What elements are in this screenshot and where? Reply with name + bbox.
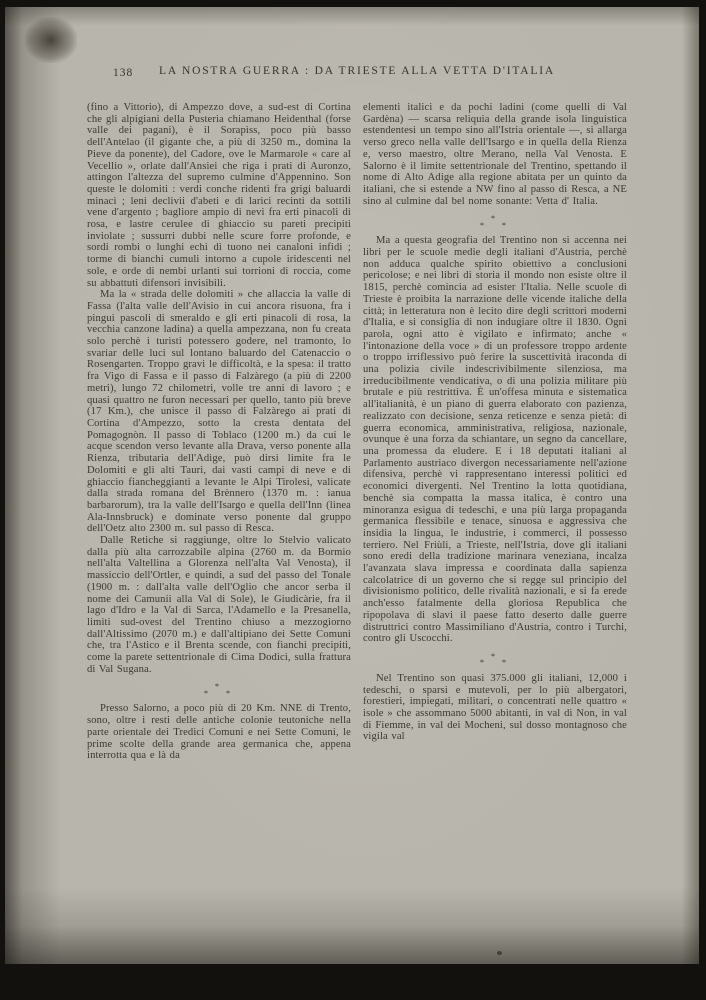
paragraph: Ma la « strada delle dolomiti » che alla… xyxy=(87,289,351,535)
running-header: 138 LA NOSTRA GUERRA : DA TRIESTE ALLA V… xyxy=(87,65,627,83)
asterism-divider: ** * xyxy=(363,207,627,235)
right-column: elementi italici e da pochi ladini (come… xyxy=(363,102,627,762)
left-column: (fino a Vittorio), di Ampezzo dove, a su… xyxy=(87,102,351,762)
page-content: 138 LA NOSTRA GUERRA : DA TRIESTE ALLA V… xyxy=(87,65,627,762)
paper-sheet: 138 LA NOSTRA GUERRA : DA TRIESTE ALLA V… xyxy=(5,7,699,964)
asterism-divider: ** * xyxy=(87,675,351,703)
asterism-divider: ** * xyxy=(363,645,627,673)
scan-stain xyxy=(25,17,77,63)
scanned-book-page: 138 LA NOSTRA GUERRA : DA TRIESTE ALLA V… xyxy=(0,0,706,1000)
page-title: LA NOSTRA GUERRA : DA TRIESTE ALLA VETTA… xyxy=(87,65,627,77)
text-columns: (fino a Vittorio), di Ampezzo dove, a su… xyxy=(87,102,627,762)
paragraph: Dalle Retiche si raggiunge, oltre lo Ste… xyxy=(87,535,351,675)
paragraph: elementi italici e da pochi ladini (come… xyxy=(363,102,627,207)
paragraph: (fino a Vittorio), di Ampezzo dove, a su… xyxy=(87,102,351,289)
paragraph: Presso Salorno, a poco più di 20 Km. NNE… xyxy=(87,703,351,762)
paragraph: Nel Trentino son quasi 375.000 gli itali… xyxy=(363,673,627,743)
scan-speck xyxy=(497,951,502,955)
paragraph: Ma a questa geografia del Trentino non s… xyxy=(363,235,627,645)
page-number: 138 xyxy=(113,67,133,79)
